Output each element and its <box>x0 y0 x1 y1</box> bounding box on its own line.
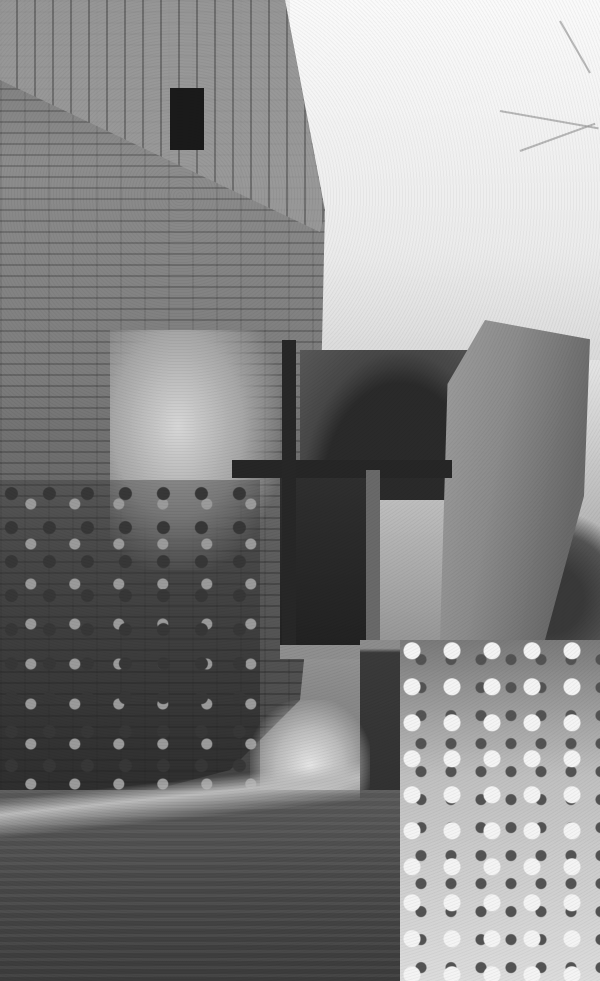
stone-rubble-base <box>0 480 260 810</box>
sluice-beam <box>232 460 452 478</box>
sky <box>290 0 600 360</box>
rocky-bank <box>400 640 600 981</box>
sluice-post <box>366 470 380 650</box>
photograph <box>0 0 600 981</box>
gable-window <box>170 88 204 150</box>
sluice-post <box>282 340 296 650</box>
